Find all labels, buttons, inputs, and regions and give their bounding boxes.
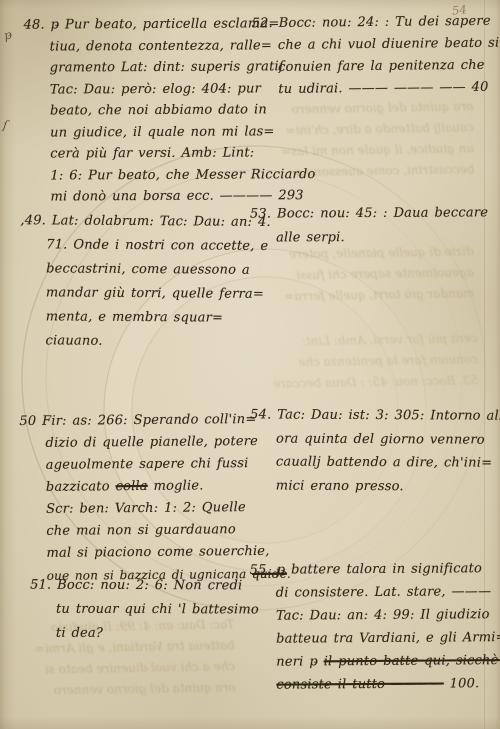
- manuscript-line: 71. Onde i nostri con accette, e: [46, 233, 260, 258]
- manuscript-line: 48. p̵ Pur beato, particella esclama=: [23, 13, 261, 36]
- manuscript-line: cerà più far versi. Amb: Lint:: [50, 142, 262, 165]
- entry-50: 50 Fir: as: 266: Sperando coll'in= dizio…: [19, 409, 261, 587]
- struck-text: il punto batte qui, sicchè qui: [324, 653, 500, 669]
- manuscript-line: ti dea?: [56, 622, 260, 647]
- manuscript-line: ciauano.: [45, 329, 259, 354]
- manuscript-line: menta, e membra squar=: [46, 305, 260, 330]
- entry-52: 52. Bocc: nou: 24: : Tu dei sapere che a…: [252, 11, 485, 101]
- entry-49: ,49. Lat: dolabrum: Tac: Dau: an: 4. 71.…: [20, 209, 261, 355]
- manuscript-line: mal si piaciono come souerchie,: [46, 541, 260, 565]
- manuscript-line: Scr: ben: Varch: 1: 2: Quelle: [46, 497, 260, 521]
- manuscript-line: 55. p̵ battere talora in significato: [250, 557, 488, 582]
- manuscript-line: 1: 6: Pur beato, che Messer Ricciardo: [50, 164, 262, 187]
- manuscript-line: alle serpi.: [276, 225, 482, 250]
- manuscript-line: mi donò una borsa ecc. ———— 293: [50, 185, 262, 208]
- manuscript-line: Tac: Dau: però: elog: 404: pur: [50, 78, 262, 101]
- bleedthrough-text: cerà più far versi. Amb: Lint: conuien f…: [267, 328, 478, 402]
- manuscript-line: ageuolmente sapere chi fussi: [46, 453, 260, 477]
- manuscript-line: un giudice, il quale non mi las=: [50, 121, 262, 144]
- manuscript-line: tu trouar qui chi 'l battesimo: [56, 598, 260, 623]
- entry-55: 55. p̵ battere talora in significato di …: [250, 557, 489, 697]
- line-text: bazzicato: [46, 479, 116, 495]
- manuscript-line: 50 Fir: as: 266: Sperando coll'in=: [19, 409, 259, 433]
- manuscript-line: consiste il tutto ———— 100.: [276, 672, 488, 696]
- manuscript-line: 54. Tac: Dau: ist: 3: 305: Intorno all': [250, 403, 488, 428]
- manuscript-line: Tac: Dau: an: 4: 99: Il giudizio: [276, 603, 488, 627]
- manuscript-line: 52. Bocc: nou: 24: : Tu dei sapere: [252, 11, 484, 35]
- line-text: neri p̵: [276, 654, 324, 669]
- manuscript-page: ora quinta del giorno vennero cauallj ba…: [0, 0, 500, 729]
- manuscript-line: tu udirai. ——— ——— —— 40: [278, 77, 484, 101]
- manuscript-line: bazzicato colla moglie.: [46, 475, 260, 499]
- manuscript-line: neri p̵ il punto batte qui, sicchè qui 1…: [276, 649, 488, 673]
- manuscript-line: che a chi vuol diuenire beato si: [278, 33, 484, 57]
- struck-text: colla: [115, 479, 147, 494]
- line-text: moglie.: [148, 478, 204, 493]
- manuscript-line: beato, che noi abbiamo dato in: [50, 99, 262, 122]
- entry-54: 54. Tac: Dau: ist: 3: 305: Intorno all' …: [250, 403, 488, 498]
- manuscript-line: dizio di quelle pianelle, potere: [45, 431, 259, 455]
- manuscript-line: cauallj battendo a dire, ch'ini=: [276, 451, 488, 476]
- manuscript-line: 53. Bocc: nou: 45: : Daua beccare: [250, 201, 482, 226]
- bleedthrough-text: dizio di quelle pianelle, potere ageuolm…: [261, 241, 474, 315]
- manuscript-line: ora quinta del giorno vennero: [276, 427, 488, 452]
- manuscript-line: ,49. Lat: dolabrum: Tac: Dau: an: 4.: [20, 209, 260, 235]
- manuscript-line: mandar giù torri, quelle ferra=: [46, 281, 260, 306]
- entry-53: 53. Bocc: nou: 45: : Daua beccare alle s…: [250, 201, 482, 250]
- manuscript-line: 51. Bocc: nou: 2: 6: Non credi: [30, 574, 260, 599]
- manuscript-line: di consistere. Lat. stare, ———: [276, 580, 488, 604]
- manuscript-line: gramento Lat: dint: superis gratiſ: [50, 56, 262, 79]
- struck-text: consiste il tutto ————: [276, 676, 443, 692]
- line-text: 100.: [444, 676, 480, 691]
- entry-48: 48. p̵ Pur beato, particella esclama= ti…: [23, 13, 262, 208]
- manuscript-line: batteua tra Vardiani, e gli Armi=: [276, 626, 488, 650]
- manuscript-line: mici erano presso.: [276, 474, 488, 499]
- entry-51: 51. Bocc: nou: 2: 6: Non credi tu trouar…: [30, 574, 260, 647]
- manuscript-line: che mai non si guardauano: [46, 519, 260, 543]
- manuscript-line: tiua, denota contentezza, ralle=: [50, 35, 262, 58]
- manuscript-line: conuien fare la penitenza che: [278, 55, 484, 79]
- manuscript-line: beccastrini, come auessono a: [46, 257, 260, 282]
